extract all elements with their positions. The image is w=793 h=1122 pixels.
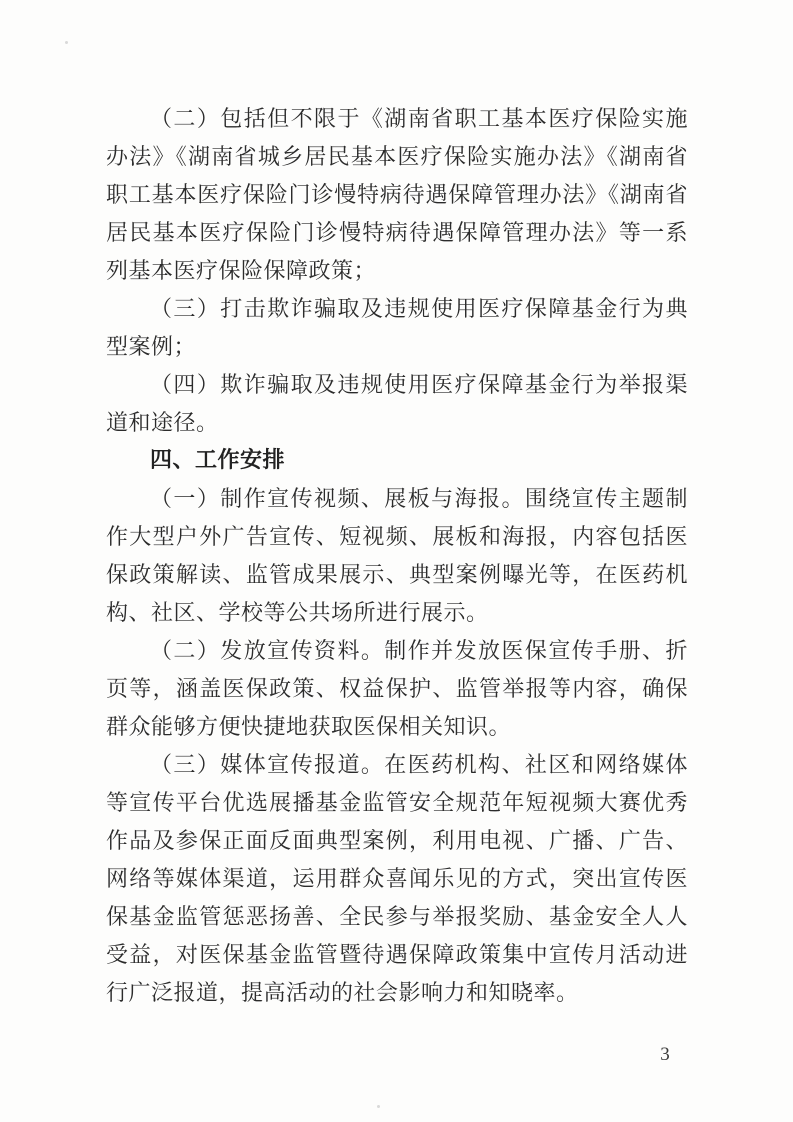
paragraph-videos-boards-posters: （一）制作宣传视频、展板与海报。围绕宣传主题制作大型户外广告宣传、短视频、展板和… (106, 480, 688, 632)
paragraph-media-coverage: （三）媒体宣传报道。在医药机构、社区和网络媒体等宣传平台优选展播基金监管安全规范… (106, 746, 688, 1012)
scan-speck (65, 41, 68, 44)
page-number: 3 (650, 1044, 680, 1066)
section-heading-work-arrangement: 四、工作安排 (106, 442, 688, 480)
paragraph-insurance-policies: （二）包括但不限于《湖南省职工基本医疗保险实施办法》《湖南省城乡居民基本医疗保险… (106, 100, 688, 290)
paragraph-report-channels: （四）欺诈骗取及违规使用医疗保障基金行为举报渠道和途径。 (106, 366, 688, 442)
paragraph-fraud-typical-cases: （三）打击欺诈骗取及违规使用医疗保障基金行为典型案例； (106, 290, 688, 366)
document-body: （二）包括但不限于《湖南省职工基本医疗保险实施办法》《湖南省城乡居民基本医疗保险… (106, 100, 688, 1012)
document-page: （二）包括但不限于《湖南省职工基本医疗保险实施办法》《湖南省城乡居民基本医疗保险… (0, 0, 793, 1122)
paragraph-distribute-materials: （二）发放宣传资料。制作并发放医保宣传手册、折页等，涵盖医保政策、权益保护、监管… (106, 632, 688, 746)
scan-speck (377, 1105, 380, 1108)
